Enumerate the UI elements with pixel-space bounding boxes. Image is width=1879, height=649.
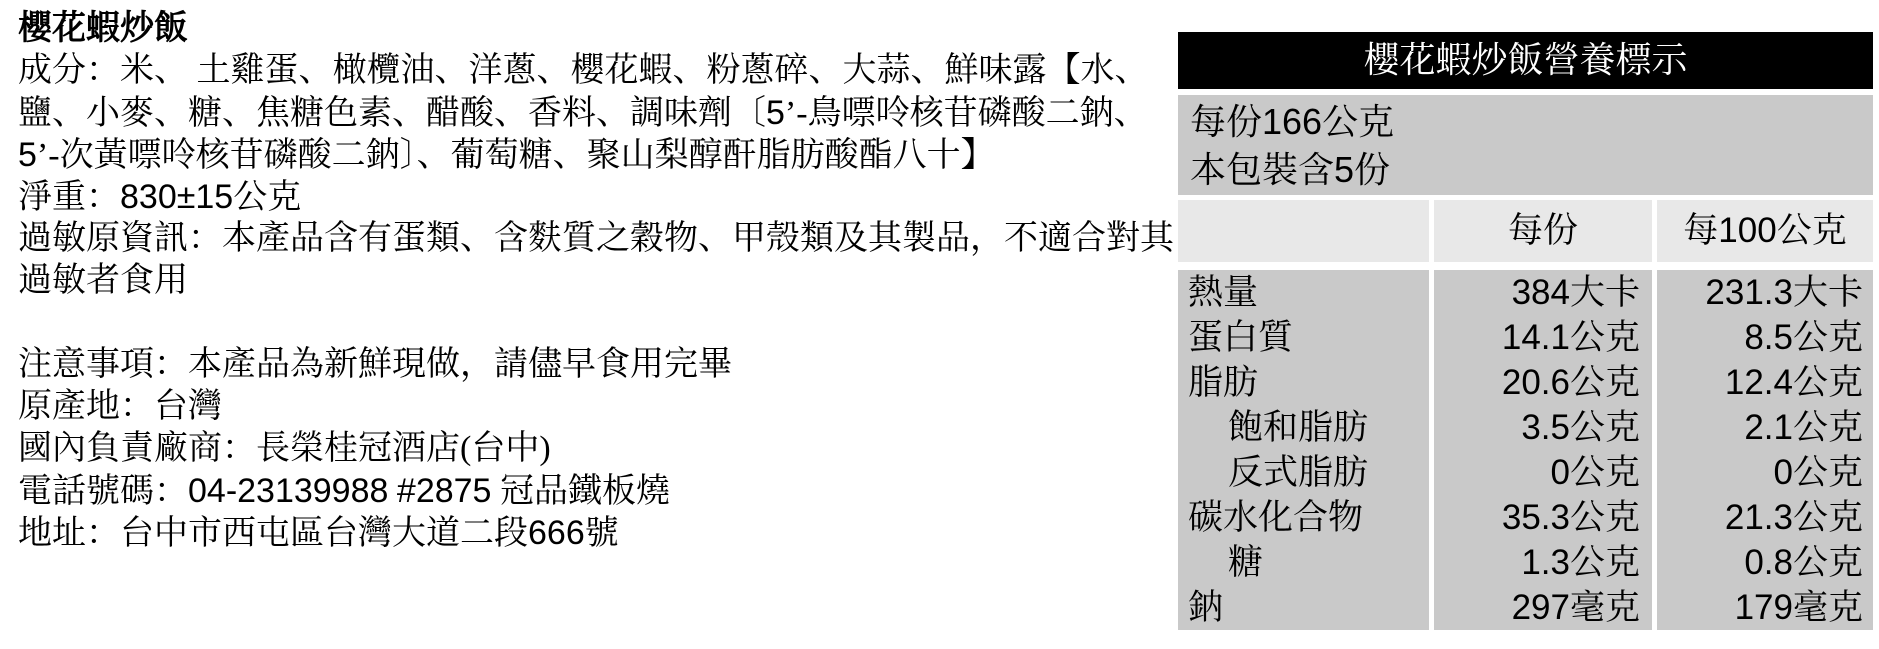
nutrient-label: 脂肪 [1178, 360, 1429, 405]
per-serving-value: 35.3公克 [1434, 495, 1652, 540]
nutrient-label-column: 熱量蛋白質脂肪飽和脂肪反式脂肪碳水化合物糖鈉 [1178, 270, 1429, 630]
column-header [1178, 200, 1429, 262]
per-serving-value: 14.1公克 [1434, 315, 1652, 360]
nutrient-label: 蛋白質 [1178, 315, 1429, 360]
product-info: 櫻花蝦炒飯 成分：米、 土雞蛋、橄欖油、洋蔥、櫻花蝦、粉蔥碎、大蒜、鮮味露【水、… [18, 8, 1148, 554]
per-serving-column: 384大卡14.1公克20.6公克3.5公克0公克35.3公克1.3公克297毫… [1434, 270, 1652, 630]
product-description: 成分：米、 土雞蛋、橄欖油、洋蔥、櫻花蝦、粉蔥碎、大蒜、鮮味露【水、鹽、小麥、糖… [18, 50, 1148, 554]
product-text-line: 淨重：830±15公克 [18, 176, 1148, 218]
nutrient-label: 鈉 [1178, 585, 1429, 630]
product-text-line: 原產地：台灣 [18, 386, 1148, 428]
product-title: 櫻花蝦炒飯 [18, 8, 1148, 50]
product-text-line [18, 302, 1148, 344]
per-serving-value: 1.3公克 [1434, 540, 1652, 585]
nutrition-label: 櫻花蝦炒飯營養標示 每份166公克本包裝含5份 每份每100公克 熱量蛋白質脂肪… [1178, 32, 1873, 630]
per-100g-value: 2.1公克 [1657, 405, 1873, 450]
nutrient-label: 糖 [1178, 540, 1429, 585]
per-serving-value: 297毫克 [1434, 585, 1652, 630]
product-text-line: 鹽、小麥、糖、焦糖色素、醋酸、香料、調味劑〔5’-鳥嘌呤核苷磷酸二鈉、 [18, 92, 1148, 134]
column-header-row: 每份每100公克 [1178, 200, 1873, 262]
column-header: 每份 [1434, 200, 1652, 262]
nutrition-table-body: 熱量蛋白質脂肪飽和脂肪反式脂肪碳水化合物糖鈉 384大卡14.1公克20.6公克… [1178, 270, 1873, 630]
per-serving-value: 384大卡 [1434, 270, 1652, 315]
nutrition-title: 櫻花蝦炒飯營養標示 [1178, 32, 1873, 89]
product-text-line: 注意事項：本產品為新鮮現做，請儘早食用完畢 [18, 344, 1148, 386]
per-100g-column: 231.3大卡8.5公克12.4公克2.1公克0公克21.3公克0.8公克179… [1657, 270, 1873, 630]
product-text-line: 地址：台中市西屯區台灣大道二段666號 [18, 512, 1148, 554]
product-text-line: 過敏者食用 [18, 260, 1148, 302]
per-serving-value: 3.5公克 [1434, 405, 1652, 450]
per-100g-value: 12.4公克 [1657, 360, 1873, 405]
per-100g-value: 8.5公克 [1657, 315, 1873, 360]
serving-info-line: 本包裝含5份 [1190, 146, 1873, 194]
product-text-line: 過敏原資訊：本產品含有蛋類、含麩質之穀物、甲殼類及其製品，不適合對其 [18, 218, 1148, 260]
per-100g-value: 0.8公克 [1657, 540, 1873, 585]
nutrient-label: 反式脂肪 [1178, 450, 1429, 495]
product-text-line: 國內負責廠商：長榮桂冠酒店(台中) [18, 428, 1148, 470]
nutrient-label: 熱量 [1178, 270, 1429, 315]
per-serving-value: 0公克 [1434, 450, 1652, 495]
nutrient-label: 碳水化合物 [1178, 495, 1429, 540]
serving-info: 每份166公克本包裝含5份 [1178, 95, 1873, 195]
product-text-line: 電話號碼：04-23139988 #2875 冠品鐵板燒 [18, 470, 1148, 512]
nutrient-label: 飽和脂肪 [1178, 405, 1429, 450]
per-100g-value: 0公克 [1657, 450, 1873, 495]
per-100g-value: 231.3大卡 [1657, 270, 1873, 315]
product-text-line: 5’-次黃嘌呤核苷磷酸二鈉〕、葡萄糖、聚山梨醇酐脂肪酸酯八十】 [18, 134, 1148, 176]
page: 櫻花蝦炒飯 成分：米、 土雞蛋、橄欖油、洋蔥、櫻花蝦、粉蔥碎、大蒜、鮮味露【水、… [0, 0, 1879, 649]
serving-info-line: 每份166公克 [1190, 98, 1873, 146]
column-header: 每100公克 [1657, 200, 1873, 262]
per-100g-value: 21.3公克 [1657, 495, 1873, 540]
per-100g-value: 179毫克 [1657, 585, 1873, 630]
per-serving-value: 20.6公克 [1434, 360, 1652, 405]
product-text-line: 成分：米、 土雞蛋、橄欖油、洋蔥、櫻花蝦、粉蔥碎、大蒜、鮮味露【水、 [18, 50, 1148, 92]
